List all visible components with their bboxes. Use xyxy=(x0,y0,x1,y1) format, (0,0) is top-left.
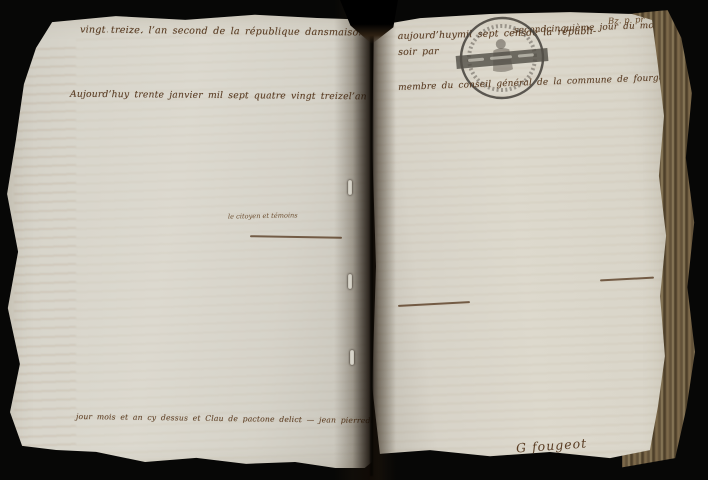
left-page-closing-text: jour mois et an cy dessus et Clau de pac… xyxy=(76,412,366,427)
left-page-act-text: Aujourd’huy trente janvier mil sept quat… xyxy=(70,89,366,104)
manuscript-line: cinquième jour du mois de février xyxy=(546,19,708,35)
left-page-opening-text: vingt treize. l’an second de la républiq… xyxy=(80,23,366,42)
bleedthrough-ghost xyxy=(14,42,76,452)
strikethrough-mark xyxy=(600,277,654,282)
manuscript-line: aujourd’huy xyxy=(398,30,458,43)
strikethrough-mark xyxy=(398,301,470,307)
stitch-thread xyxy=(350,350,354,365)
strikethrough-mark xyxy=(250,235,342,239)
stitch-thread xyxy=(348,274,352,289)
interline-note: le citoyen et témoins xyxy=(228,211,298,220)
manuscript-line: soir par xyxy=(398,46,439,58)
manuscript-line: vingt treize. l’an second de la républiq… xyxy=(80,25,329,39)
left-page: · · · · vingt treize. l’an second de la … xyxy=(6,12,372,474)
book-spread: · · · · vingt treize. l’an second de la … xyxy=(0,0,708,480)
stitch-thread xyxy=(348,180,352,195)
manuscript-line: Aujourd’huy trente janvier mil sept quat… xyxy=(70,89,349,102)
registrar-signature: G fougeot xyxy=(516,436,588,456)
manuscript-line: jour mois et an cy dessus et Clau de pac… xyxy=(76,412,366,425)
right-page: Bz. p. pr aujourd’huymil sept censde la … xyxy=(370,6,670,474)
